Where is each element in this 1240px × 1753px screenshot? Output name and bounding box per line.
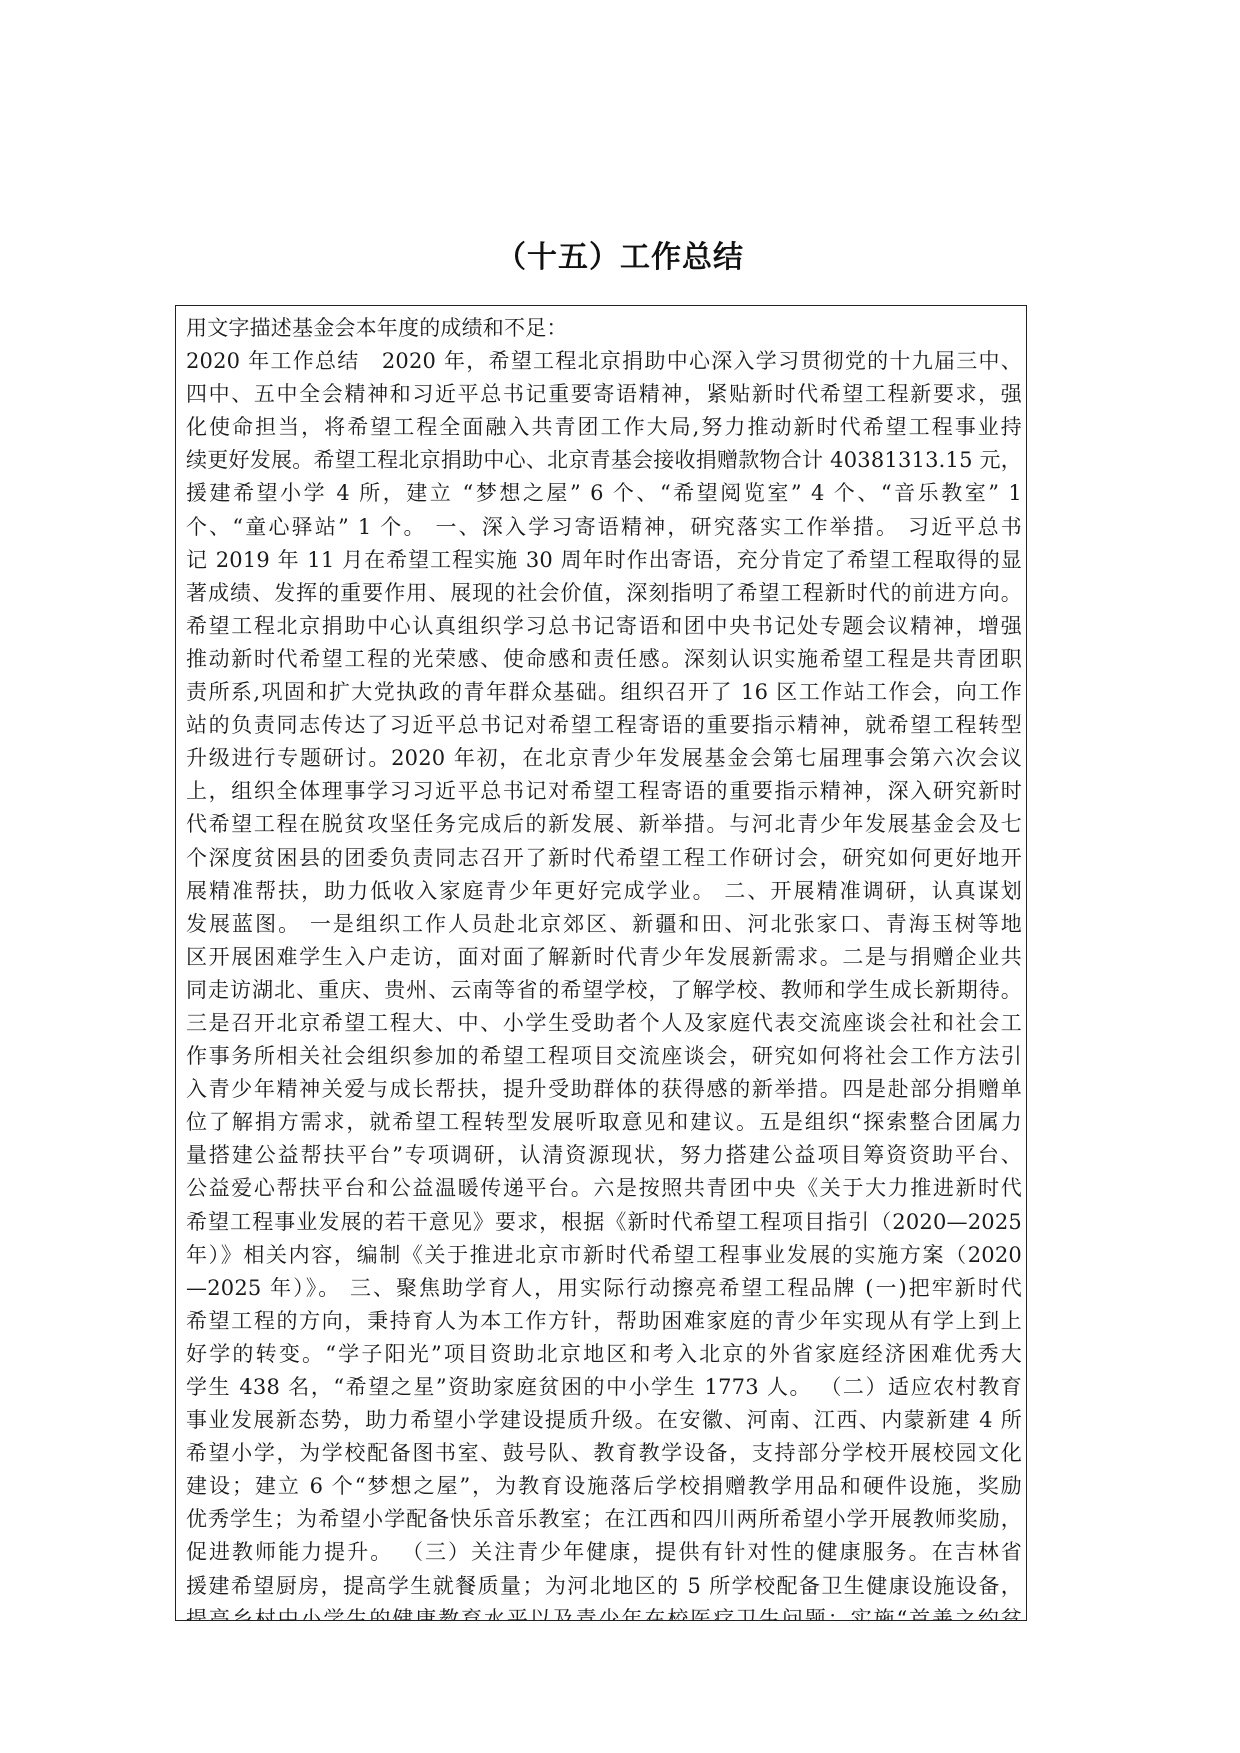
work-summary-box: 用文字描述基金会本年度的成绩和不足： 2020 年工作总结 2020 年，希望工… xyxy=(175,305,1027,1621)
summary-line: 援建希望小学 4 所，建立 “梦想之屋” 6 个、“希望阅览室” 4 个、“音乐… xyxy=(186,477,1022,510)
summary-text: 用文字描述基金会本年度的成绩和不足： 2020 年工作总结 2020 年，希望工… xyxy=(186,312,1022,1621)
summary-line: 位了解捐方需求，就希望工程转型发展听取意见和建议。五是组织“探索整合团属力 xyxy=(186,1106,1022,1139)
summary-line: 代希望工程在脱贫攻坚任务完成后的新发展、新举措。与河北青少年发展基金会及七 xyxy=(186,808,1022,841)
summary-line: 展精准帮扶，助力低收入家庭青少年更好完成学业。 二、开展精准调研，认真谋划 xyxy=(186,875,1022,908)
summary-line: 升级进行专题研讨。2020 年初，在北京青少年发展基金会第七届理事会第六次会议 xyxy=(186,742,1022,775)
summary-line: 四中、五中全会精神和习近平总书记重要寄语精神，紧贴新时代希望工程新要求，强 xyxy=(186,378,1022,411)
summary-line: 记 2019 年 11 月在希望工程实施 30 周年时作出寄语，充分肯定了希望工… xyxy=(186,544,1022,577)
summary-line: 责所系,巩固和扩大党执政的青年群众基础。组织召开了 16 区工作站工作会，向工作 xyxy=(186,676,1022,709)
summary-line: 建设；建立 6 个“梦想之屋”，为教育设施落后学校捐赠教学用品和硬件设施，奖励 xyxy=(186,1470,1022,1503)
summary-line: 个、“童心驿站” 1 个。 一、深入学习寄语精神，研究落实工作举措。 习近平总书 xyxy=(186,511,1022,544)
summary-line: 区开展困难学生入户走访，面对面了解新时代青少年发展新需求。二是与捐赠企业共 xyxy=(186,941,1022,974)
summary-line: —2025 年）》。 三、聚焦助学育人，用实际行动擦亮希望工程品牌 (一)把牢新… xyxy=(186,1272,1022,1305)
summary-prompt: 用文字描述基金会本年度的成绩和不足： xyxy=(186,312,1022,345)
summary-line: 三是召开北京希望工程大、中、小学生受助者个人及家庭代表交流座谈会社和社会工 xyxy=(186,1007,1022,1040)
summary-line: 优秀学生；为希望小学配备快乐音乐教室；在江西和四川两所希望小学开展教师奖励， xyxy=(186,1503,1022,1536)
page-title: （十五）工作总结 xyxy=(0,232,1240,276)
summary-line: 同走访湖北、重庆、贵州、云南等省的希望学校，了解学校、教师和学生成长新期待。 xyxy=(186,974,1022,1007)
summary-line: 2020 年工作总结 2020 年，希望工程北京捐助中心深入学习贯彻党的十九届三… xyxy=(186,345,1022,378)
summary-line: 上，组织全体理事学习习近平总书记对希望工程寄语的重要指示精神，深入研究新时 xyxy=(186,775,1022,808)
summary-line: 学生 438 名，“希望之星”资助家庭贫困的中小学生 1773 人。 （二）适应… xyxy=(186,1371,1022,1404)
summary-line: 续更好发展。希望工程北京捐助中心、北京青基会接收捐赠款物合计 40381313.… xyxy=(186,444,1022,477)
summary-line: 好学的转变。“学子阳光”项目资助北京地区和考入北京的外省家庭经济困难优秀大 xyxy=(186,1338,1022,1371)
summary-line: 公益爱心帮扶平台和公益温暖传递平台。六是按照共青团中央《关于大力推进新时代 xyxy=(186,1172,1022,1205)
summary-line: 希望小学，为学校配备图书室、鼓号队、教育教学设备，支持部分学校开展校园文化 xyxy=(186,1437,1022,1470)
summary-line: 希望工程北京捐助中心认真组织学习总书记寄语和团中央书记处专题会议精神，增强 xyxy=(186,610,1022,643)
summary-line: 入青少年精神关爱与成长帮扶，提升受助群体的获得感的新举措。四是赴部分捐赠单 xyxy=(186,1073,1022,1106)
summary-line: 援建希望厨房，提高学生就餐质量；为河北地区的 5 所学校配备卫生健康设施设备， xyxy=(186,1570,1022,1603)
summary-line: 年）》相关内容，编制《关于推进北京市新时代希望工程事业发展的实施方案（2020 xyxy=(186,1239,1022,1272)
summary-line: 作事务所相关社会组织参加的希望工程项目交流座谈会，研究如何将社会工作方法引 xyxy=(186,1040,1022,1073)
summary-line: 事业发展新态势，助力希望小学建设提质升级。在安徽、河南、江西、内蒙新建 4 所 xyxy=(186,1404,1022,1437)
summary-line: 希望工程事业发展的若干意见》要求，根据《新时代希望工程项目指引（2020—202… xyxy=(186,1206,1022,1239)
summary-line: 站的负责同志传达了习近平总书记对希望工程寄语的重要指示精神，就希望工程转型 xyxy=(186,709,1022,742)
summary-line: 著成绩、发挥的重要作用、展现的社会价值，深刻指明了希望工程新时代的前进方向。 xyxy=(186,577,1022,610)
summary-line: 提高乡村中小学生的健康教育水平以及青少年在校医疗卫生问题；实施“首善之约贫 xyxy=(186,1603,1022,1621)
summary-line: 推动新时代希望工程的光荣感、使命感和责任感。深刻认识实施希望工程是共青团职 xyxy=(186,643,1022,676)
summary-line: 发展蓝图。 一是组织工作人员赴北京郊区、新疆和田、河北张家口、青海玉树等地 xyxy=(186,908,1022,941)
summary-line: 个深度贫困县的团委负责同志召开了新时代希望工程工作研讨会，研究如何更好地开 xyxy=(186,842,1022,875)
summary-line: 量搭建公益帮扶平台”专项调研，认清资源现状，努力搭建公益项目筹资资助平台、 xyxy=(186,1139,1022,1172)
summary-line: 希望工程的方向，秉持育人为本工作方针，帮助困难家庭的青少年实现从有学上到上 xyxy=(186,1305,1022,1338)
summary-line: 促进教师能力提升。 （三）关注青少年健康，提供有针对性的健康服务。在吉林省 xyxy=(186,1536,1022,1569)
summary-line: 化使命担当，将希望工程全面融入共青团工作大局,努力推动新时代希望工程事业持 xyxy=(186,411,1022,444)
